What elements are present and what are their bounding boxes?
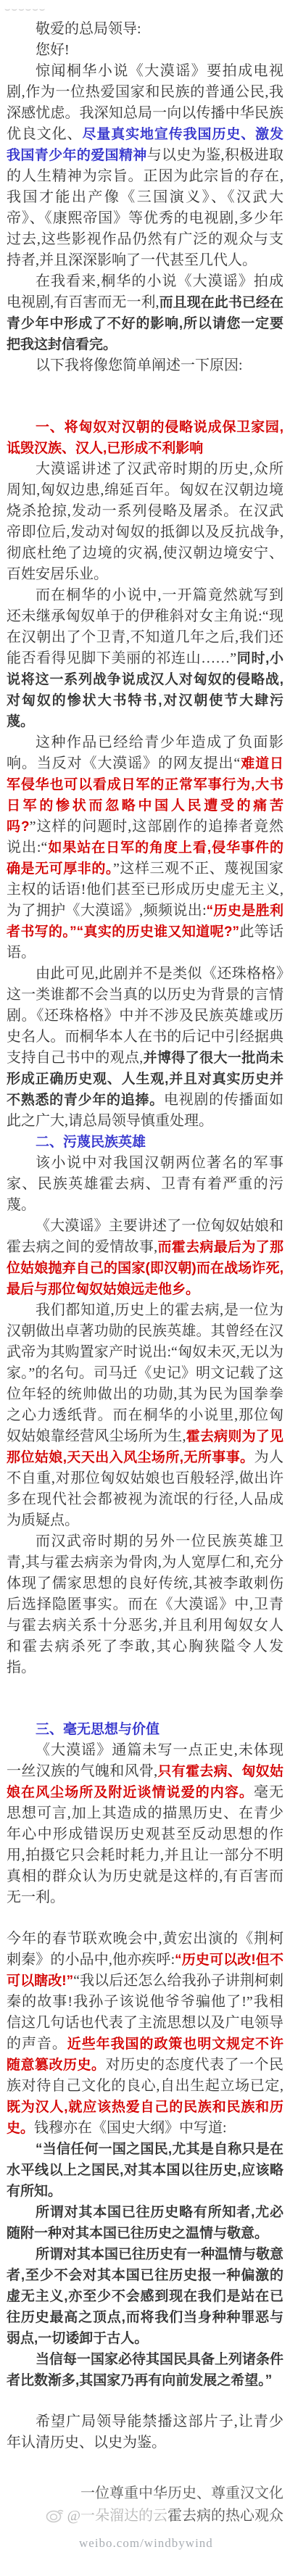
paragraph-appeal: 希望广局领导能禁播这部片子,让青少年认清历史、以史为鉴。 [7,2411,283,2453]
paragraph-no-value: 《大漠谣》通篇未写一点正史,未体现一丝汉族的气魄和风骨,只有霍去病、匈奴姑娘在风… [7,1740,283,1908]
paragraph-quote-1: “当信任何一国之国民,尤其是自称只是在水平线以上之国民,对其本国以往历史,应该略… [7,2139,283,2202]
salutation: 敬爱的总局领导: [7,19,283,40]
paragraph-negative-influence: 这种作品已经给青少年造成了负面影响。当反对《大漠谣》的网友提出“难道日军侵华也可… [7,732,283,964]
weibo-logo-icon [46,2507,65,2530]
greeting: 您好! [7,40,283,61]
section-heading-1: 一、将匈奴对汉朝的侵略说成保卫家园,诋毁汉族、汉人,已形成不利影响 [7,417,283,459]
paragraph-quote-3: 所谓对其本国已往历史有一种温情与敬意者,至少不会对其本国已往历史报一种偏激的虚无… [7,2244,283,2349]
letter-page: ⌣⌣⌣⌣⌣⌣ 敬爱的总局领导:您好!惊闻桐华小说《大漠谣》要拍成电视剧,作为一位… [0,0,290,2576]
paragraph-quote-2: 所谓对其本国已往历史略有所知者,尤必随附一种对其本国已往历史之温情与敬意。 [7,2202,283,2244]
paragraph-lead: 以下我将像您简单阐述一下原因: [7,355,283,376]
paragraph-intro: 惊闻桐华小说《大漠谣》要拍成电视剧,作为一位热爱国家和民族的普通公民,我深感忧虑… [7,61,283,271]
section-heading-2: 二、污蔑民族英雄 [7,1132,283,1153]
paragraph-heroes: 该小说中对我国汉朝两位著名的军事家、民族英雄霍去病、卫青有着严重的污蔑。 [7,1153,283,1216]
paragraph-comparison: 由此可见,此剧并不是类似《还珠格格》这一类谁都不会当真的以历史为背景的言情剧。《… [7,964,283,1132]
signature-line-2: @一朵溜达的云霍去病的热心观众 [7,2505,283,2530]
signature-line-1: 一位尊重中华历史、尊重汉文化 [7,2482,283,2505]
paragraph-springgala: 今年的春节联欢晚会中,黄宏出演的《荆柯刺秦》的小品中,他亦疾呼:“历史可以改!但… [7,1929,283,2139]
paragraph-novel-opening: 而在桐华的小说中,一开篇竟然就写到还未继承匈奴单于的伊稚斜对女主角说:“现在汉朝… [7,585,283,732]
signature-block: 一位尊重中华历史、尊重汉文化 @一朵溜达的云霍去病的热心观众 weibo.com… [7,2482,283,2554]
paragraph-weiqing: 而汉武帝时期的另外一位民族英雄卫青,其与霍去病亲为骨肉,为人宽厚仁和,充分体现了… [7,1531,283,1678]
paragraph-opinion: 在我看来,桐华的小说《大漠谣》拍成电视剧,有百害而无一利,而且现在此书已经在青少… [7,271,283,355]
signature-line-2-text: 霍去病的热心观众 [167,2508,283,2524]
top-watermark: ⌣⌣⌣⌣⌣⌣ [4,4,46,15]
paragraph-plot: 《大漠谣》主要讲述了一位匈奴姑娘和霍去病之间的爱情故事,而霍去病最后为了那位姑娘… [7,1216,283,1300]
weibo-url-watermark: weibo.com/windbywind [79,2532,283,2554]
watermark-handle: @一朵溜达的云 [67,2508,167,2524]
paragraph-quote-4: 当信每一国家必待其国民具备上列诸条件者比数渐多,其国家乃再有向前发展之希望。” [7,2349,283,2391]
letter-body: 敬爱的总局领导:您好!惊闻桐华小说《大漠谣》要拍成电视剧,作为一位热爱国家和民族… [7,19,283,2453]
paragraph-history: 大漠谣讲述了汉武帝时期的历史,众所周知,匈奴边患,绵延百年。匈奴在汉朝边境烧杀抢… [7,459,283,585]
section-heading-3: 三、毫无思想与价值 [7,1719,283,1740]
paragraph-huoqubing: 我们都知道,历史上的霍去病,是一位为汉朝做出卓著功勋的民族英雄。其曾经在汉武帝为… [7,1300,283,1531]
